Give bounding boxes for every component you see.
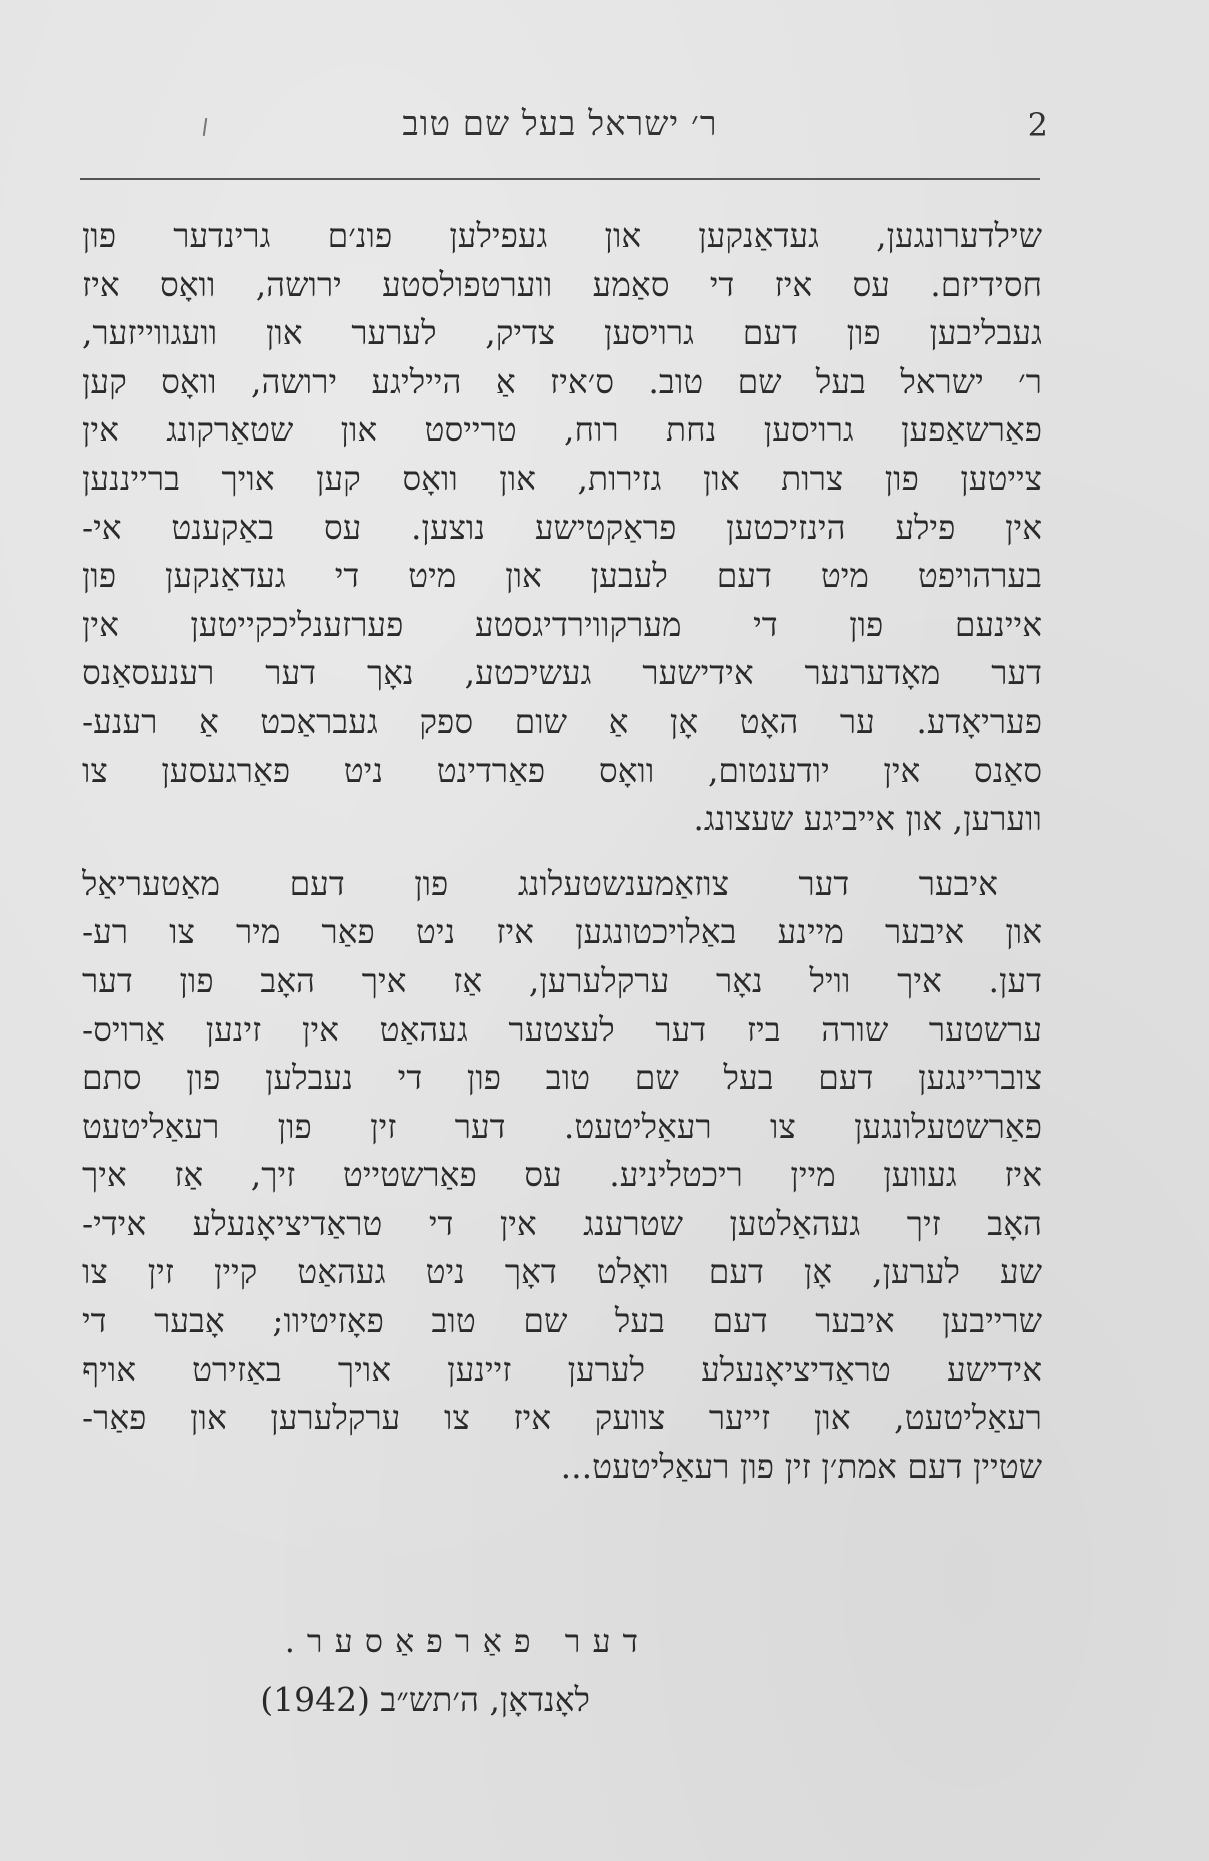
- body-text: שילדערונגען, געדאַנקען און געפילען פונ׳ם…: [82, 212, 1042, 1491]
- paragraph-1: שילדערונגען, געדאַנקען און געפילען פונ׳ם…: [82, 212, 1042, 844]
- text-line: שטיין דעם אמת׳ן זין פון רעאַליטעט...: [82, 1443, 1042, 1492]
- scanned-book-page: ר׳ ישראל בעל שם טוב 2 שילדערונגען, געדאַ…: [0, 0, 1209, 1861]
- text-line: צייטען פון צרות און גזירות, און וואָס קע…: [82, 455, 1042, 504]
- paragraph-gap: [82, 844, 1042, 860]
- text-line: שילדערונגען, געדאַנקען און געפילען פונ׳ם…: [82, 212, 1042, 261]
- dateline: לאָנדאָן, ה׳תש״ב (1942): [160, 1680, 590, 1720]
- text-line: ערשטער שורה ביז דער לעצטער געהאַט אין זי…: [82, 1006, 1042, 1055]
- text-line: שרייבען איבער דעם בעל שם טוב פאָזיטיוו; …: [82, 1297, 1042, 1346]
- text-line: סאַנס אין יודענטום, וואָס פאַרדינט ניט פ…: [82, 747, 1042, 796]
- running-title: ר׳ ישראל בעל שם טוב: [80, 104, 1040, 144]
- text-line: חסידיזם. עס איז די סאַמע ווערטפולסטע ירו…: [82, 261, 1042, 310]
- text-line: האָב זיך געהאַלטען שטרענג אין די טראַדיצ…: [82, 1200, 1042, 1249]
- text-line: ר׳ ישראל בעל שם טוב. ס׳איז אַ הייליגע יר…: [82, 358, 1042, 407]
- text-line: פאַרשטעלונגען צו רעאַליטעט. דער זין פון …: [82, 1103, 1042, 1152]
- running-head: ר׳ ישראל בעל שם טוב 2: [80, 104, 1040, 154]
- text-line: רעאַליטעט, און זייער צוועק איז צו ערקלער…: [82, 1394, 1042, 1443]
- text-line: דען. איך וויל נאָר ערקלערען, אַז איך האָ…: [82, 957, 1042, 1006]
- text-line: איינעם פון די מערקווירדיגסטע פערזענליכקי…: [82, 601, 1042, 650]
- text-line: בערהויפט מיט דעם לעבען און מיט די געדאַנ…: [82, 552, 1042, 601]
- text-line: און איבער מיינע באַלויכטונגען איז ניט פא…: [82, 908, 1042, 957]
- author-signature: דער פאַרפאַסער.: [160, 1622, 650, 1660]
- text-line: געבליבען פון דעם גרויסען צדיק, לערער און…: [82, 309, 1042, 358]
- text-line: איז געווען מיין ריכטליניע. עס פאַרשטייט …: [82, 1151, 1042, 1200]
- page-number: 2: [1028, 106, 1048, 144]
- text-line: ווערען, און אייביגע שעצונג.: [82, 795, 1042, 844]
- text-line: איבער דער צוזאַמענשטעלונג פון דעם מאַטער…: [82, 860, 1042, 909]
- header-rule: [80, 178, 1040, 180]
- text-line: פאַרשאַפען גרויסען נחת רוח, טרייסט און ש…: [82, 406, 1042, 455]
- paragraph-2: איבער דער צוזאַמענשטעלונג פון דעם מאַטער…: [82, 860, 1042, 1492]
- text-line: צובריינגען דעם בעל שם טוב פון די נעבלען …: [82, 1054, 1042, 1103]
- text-line: שע לערען, אָן דעם וואָלט דאָך ניט געהאַט…: [82, 1248, 1042, 1297]
- text-line: דער מאָדערנער אידישער געשיכטע, נאָך דער …: [82, 649, 1042, 698]
- text-line: אידישע טראַדיציאָנעלע לערען זיינען אויך …: [82, 1346, 1042, 1395]
- text-line: אין פילע הינזיכטען פראַקטישע נוצען. עס ב…: [82, 504, 1042, 553]
- text-line: פעריאָדע. ער האָט אָן אַ שום ספק געבראַכ…: [82, 698, 1042, 747]
